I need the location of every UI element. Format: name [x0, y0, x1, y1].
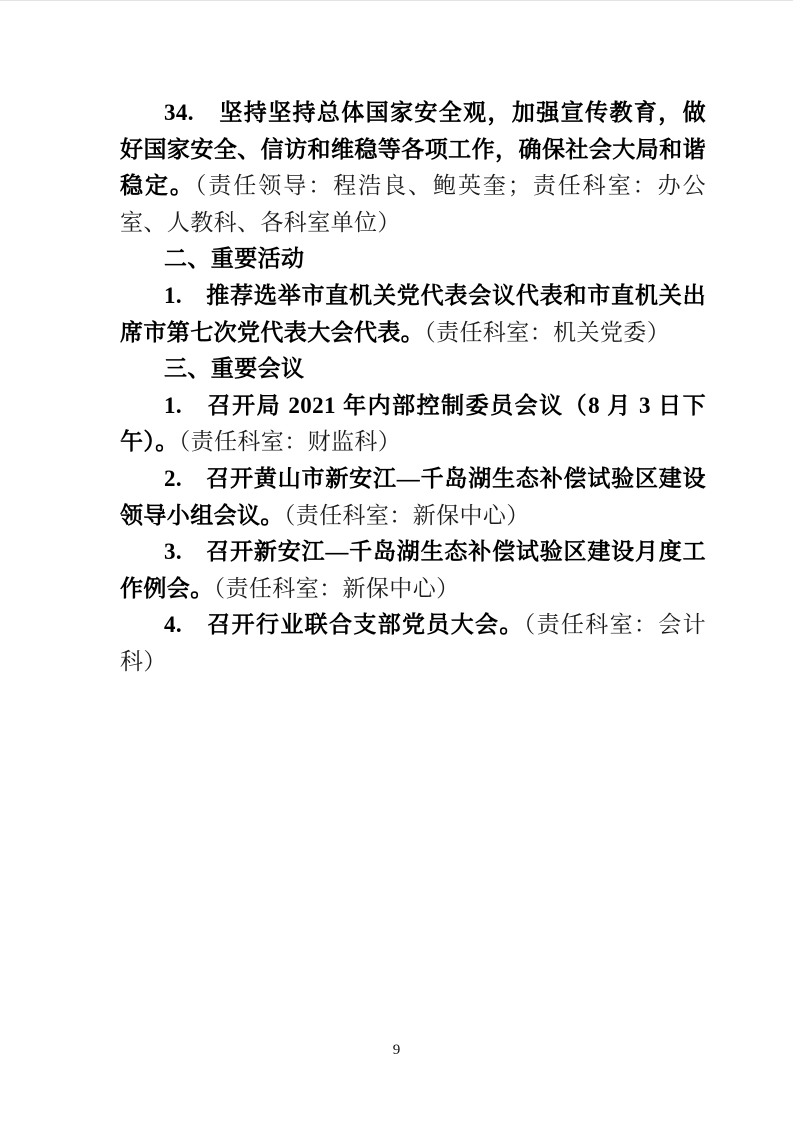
document-paragraph: 4. 召开行业联合支部党员大会。（责任科室：会计科）	[120, 607, 706, 680]
responsibility-note: （责任科室：机关党委）	[424, 320, 670, 345]
responsibility-note: （责任领导：程浩良、鲍英奎；责任科室：办公室、人教科、各科室单位）	[120, 173, 706, 235]
responsibility-note: （责任科室：新保中心）	[214, 576, 460, 601]
document-body: 34. 坚持坚持总体国家安全观，加强宣传教育，做好国家安全、信访和维稳等各项工作…	[120, 95, 706, 681]
paragraph-text: 4. 召开行业联合支部党员大会。	[164, 612, 524, 637]
document-paragraph: 1. 推荐选举市直机关党代表会议代表和市直机关出席市第七次党代表大会代表。（责任…	[120, 278, 706, 351]
document-paragraph: 34. 坚持坚持总体国家安全观，加强宣传教育，做好国家安全、信访和维稳等各项工作…	[120, 95, 706, 241]
paragraph-text: 三、重要会议	[164, 356, 304, 381]
document-page: 34. 坚持坚持总体国家安全观，加强宣传教育，做好国家安全、信访和维稳等各项工作…	[0, 0, 793, 1123]
responsibility-note: （责任科室：财监科）	[179, 429, 402, 454]
paragraph-text: 二、重要活动	[164, 246, 304, 271]
document-paragraph: 3. 召开新安江—千岛湖生态补偿试验区建设月度工作例会。（责任科室：新保中心）	[120, 534, 706, 607]
responsibility-note: （责任科室：新保中心）	[284, 503, 530, 528]
section-heading: 三、重要会议	[120, 351, 706, 388]
document-paragraph: 1. 召开局 2021 年内部控制委员会议（8 月 3 日下午）。（责任科室：财…	[120, 388, 706, 461]
document-paragraph: 2. 召开黄山市新安江—千岛湖生态补偿试验区建设领导小组会议。（责任科室：新保中…	[120, 461, 706, 534]
section-heading: 二、重要活动	[120, 241, 706, 278]
page-number: 9	[0, 1041, 793, 1059]
